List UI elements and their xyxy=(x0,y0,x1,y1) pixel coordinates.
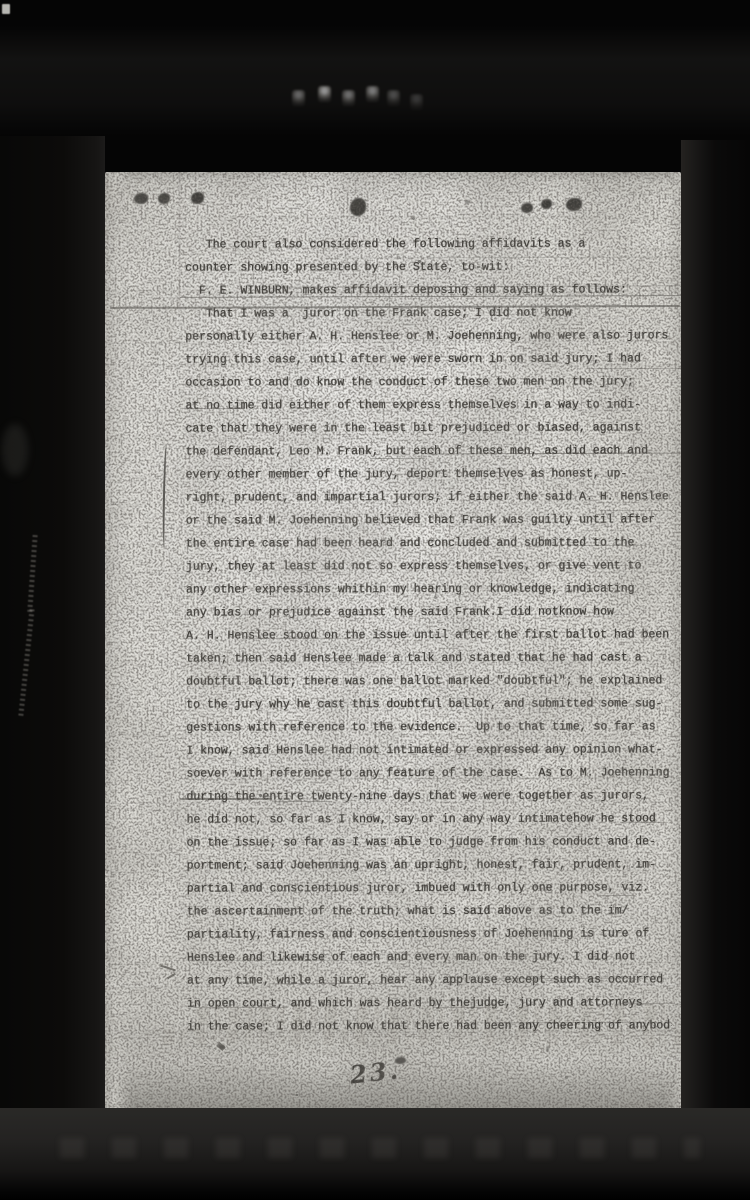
text-line: soever with reference to any feature of … xyxy=(186,761,681,785)
paper-speck xyxy=(639,294,641,296)
text-line: every other member of the jury, deport t… xyxy=(186,462,681,486)
ink-blot xyxy=(546,1046,549,1052)
text-line: the ascertainment of the truth; what is … xyxy=(187,899,681,923)
paper-speck xyxy=(241,650,244,653)
film-left-margin xyxy=(0,136,105,1136)
paper-speck xyxy=(364,394,366,396)
film-corner-chip xyxy=(2,4,10,14)
text-line: any bias or prejudice against the said F… xyxy=(186,600,681,624)
ink-blot xyxy=(191,192,204,204)
text-line: occasion to and do know the conduct of t… xyxy=(185,370,681,394)
paper-speck xyxy=(391,518,393,520)
paper-speck xyxy=(402,631,404,633)
ink-blot xyxy=(134,193,148,204)
text-line: The court also considered the following … xyxy=(185,232,681,256)
paper-torn-edge xyxy=(105,874,108,890)
paper-speck xyxy=(588,1024,591,1027)
text-line: on the issue; so far as I was able to ju… xyxy=(187,830,681,854)
rule-artifact xyxy=(180,798,272,800)
text-line: the entire case had been heard and concl… xyxy=(186,531,681,555)
paper-speck xyxy=(290,913,293,916)
text-line: to the jury why he cast this doubtful ba… xyxy=(186,692,681,716)
paper-speck xyxy=(439,752,441,754)
text-line: at any time, while a juror, hear any app… xyxy=(187,968,681,992)
text-line: doubtful ballot; there was one ballot ma… xyxy=(186,669,681,693)
ink-blot xyxy=(541,199,552,209)
text-line: personally either A. H. Henslee or M. Jo… xyxy=(185,324,681,348)
text-line: F. E. WINBURN, makes affidavit deposing … xyxy=(185,278,681,302)
text-line: partial and conscientious juror, imbued … xyxy=(187,876,681,900)
text-line: the defendant, Leo M. Frank, but each of… xyxy=(185,439,681,463)
film-smudge xyxy=(2,424,28,476)
text-line: A. H. Henslee stood on the issue until a… xyxy=(186,623,681,647)
paper-speck xyxy=(204,1063,205,1064)
text-line: gestions with reference to the evidence.… xyxy=(186,715,681,739)
paper-speck xyxy=(309,278,311,280)
rule-artifact xyxy=(370,458,425,459)
paper-speck xyxy=(365,405,368,408)
paper-speck xyxy=(300,413,302,415)
paper-speck xyxy=(639,194,641,196)
paper-crease xyxy=(179,172,180,310)
paper-speck xyxy=(259,794,261,796)
handwritten-page-number: 23. xyxy=(349,1055,403,1089)
ghost-text-band xyxy=(163,1027,681,1047)
paper-speck xyxy=(342,403,343,404)
film-frame-mark xyxy=(318,86,331,102)
paper-speck xyxy=(609,1069,611,1071)
ink-blot xyxy=(158,193,170,204)
paper-speck xyxy=(419,553,421,555)
paper-speck xyxy=(406,858,407,859)
paper-speck xyxy=(491,319,493,321)
text-line: any other expressions whithin my hearing… xyxy=(186,577,681,601)
paper-speck xyxy=(168,1088,170,1090)
film-right-margin xyxy=(681,140,750,1130)
typewritten-text: The court also considered the following … xyxy=(185,232,681,1038)
paper-speck xyxy=(565,1076,568,1079)
text-line: cate that they were in the least bit pre… xyxy=(185,416,681,440)
ink-blot xyxy=(521,203,533,213)
scanned-page: The court also considered the following … xyxy=(105,172,681,1112)
film-frame-marks xyxy=(292,86,432,114)
text-line: jury, they at least did not so express t… xyxy=(186,554,681,578)
ink-blot xyxy=(350,198,366,216)
paper-speck xyxy=(587,860,589,862)
paper-speck xyxy=(425,943,427,945)
paper-speck xyxy=(602,1022,603,1023)
text-line: right, prudent, and impartial jurors; if… xyxy=(186,485,681,509)
microfilm-background: The court also considered the following … xyxy=(0,0,750,1200)
paper-torn-edge xyxy=(105,528,108,542)
paper-speck xyxy=(374,767,375,768)
ink-blot xyxy=(465,200,470,204)
film-frame-mark xyxy=(342,90,355,106)
paper-speck xyxy=(183,976,185,978)
film-exposure-band xyxy=(0,26,750,136)
rule-artifact xyxy=(597,895,635,896)
ghost-text-band xyxy=(197,1004,667,1024)
paper-speck xyxy=(260,503,262,505)
paper-speck xyxy=(611,201,613,203)
text-line: at no time did either of them express th… xyxy=(185,393,681,417)
film-frame-mark xyxy=(387,90,400,106)
paper-speck xyxy=(524,419,525,420)
film-frame-mark xyxy=(366,86,379,102)
paper-speck xyxy=(296,1094,298,1096)
text-line: partiality, fairness and conscientiousne… xyxy=(187,922,681,946)
ink-blot xyxy=(566,198,582,211)
paper-speck xyxy=(631,866,633,868)
text-line: portment; said Joehenning was an upright… xyxy=(187,853,681,877)
text-line: he did not, so far as I know, say or in … xyxy=(186,807,681,831)
text-line: counter showing presented by the State, … xyxy=(185,255,681,279)
paper-torn-edge xyxy=(105,704,108,714)
text-line: or the said M. Joehenning believed that … xyxy=(186,508,681,532)
rule-artifact xyxy=(620,822,668,823)
paper-speck xyxy=(164,205,167,208)
film-bottom-mottle xyxy=(60,1138,700,1158)
text-line: taken; then said Henslee made a talk and… xyxy=(186,646,681,670)
film-frame-mark xyxy=(292,90,305,106)
film-frame-mark xyxy=(410,94,423,110)
paper-speck xyxy=(217,811,220,814)
paper-speck xyxy=(329,383,331,385)
text-line: Henslee and likewise of each and every m… xyxy=(187,945,681,969)
